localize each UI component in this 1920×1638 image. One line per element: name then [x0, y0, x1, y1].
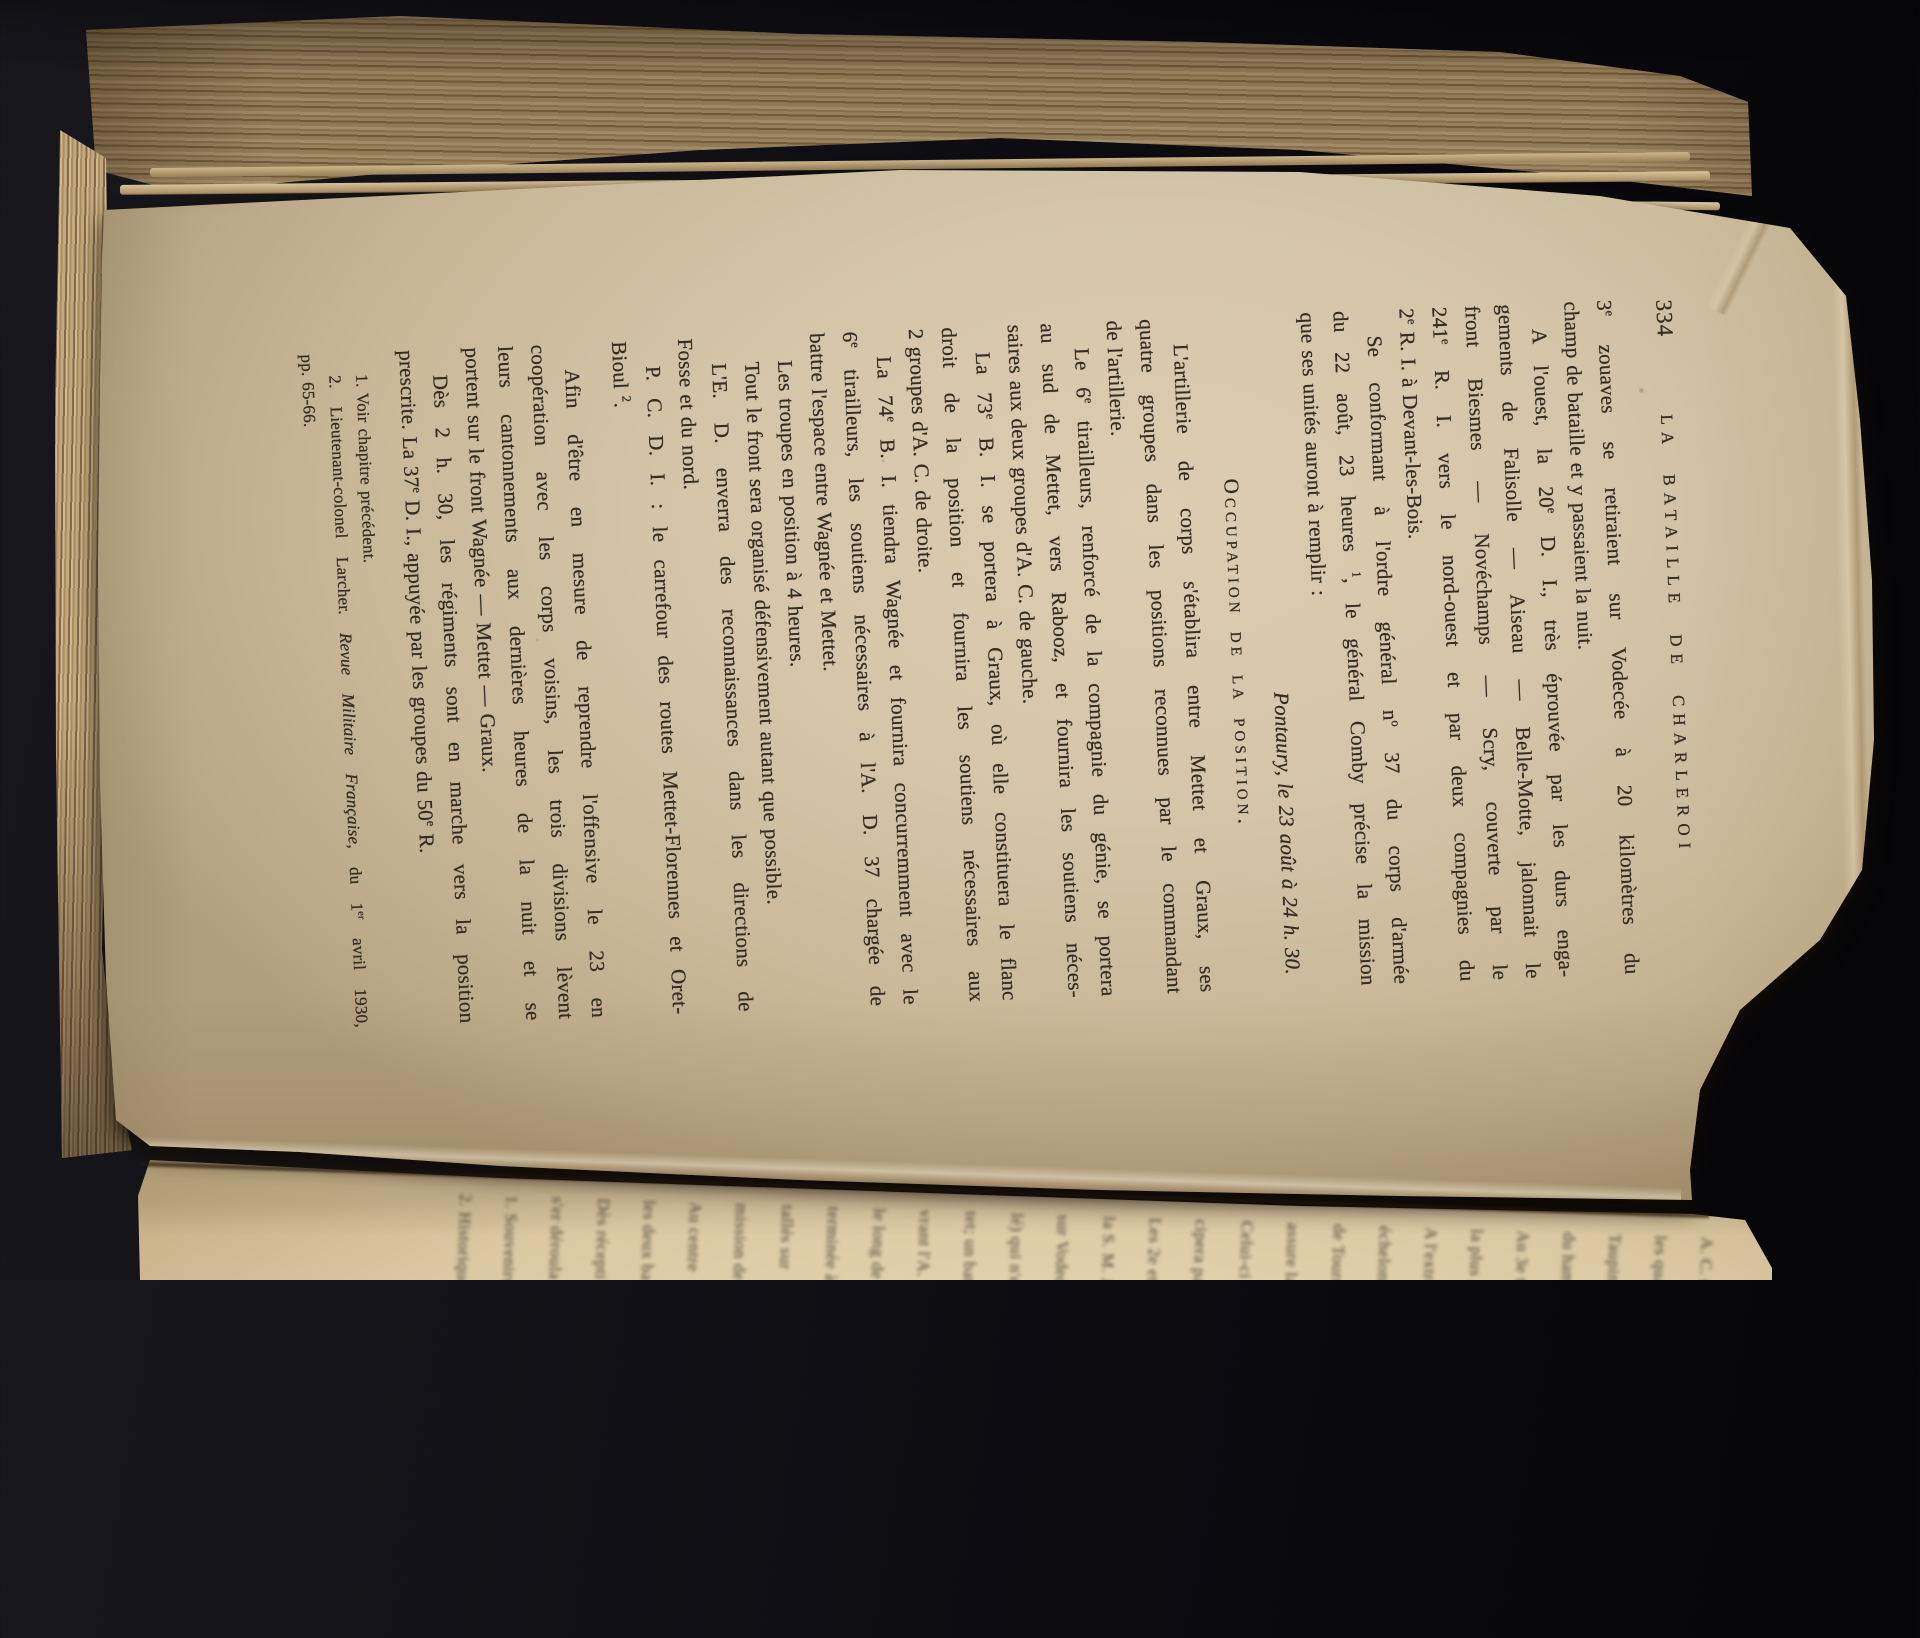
deckle-edge: [1831, 280, 1870, 920]
page-header: 334 LA BATAILLE DE CHARLEROI: [1642, 297, 1704, 973]
page-content: 334 LA BATAILLE DE CHARLEROI 3e zouaves …: [201, 284, 1729, 1046]
deckle-edge-corner: [1705, 108, 1823, 316]
book-page: 334 LA BATAILLE DE CHARLEROI 3e zouaves …: [0, 0, 1920, 1280]
book-photo: A. C. (colonelles quatre batTaupin) à ch…: [0, 0, 1920, 1280]
page-number: 334: [1650, 299, 1678, 338]
page-text-block: 334 LA BATAILLE DE CHARLEROI 3e zouaves …: [293, 284, 1729, 1042]
running-title: LA BATAILLE DE CHARLEROI: [1651, 297, 1704, 972]
page-body: 3e zouaves se retiraient sur Vodecée à 2…: [293, 299, 1648, 1029]
page-curl-highlight: [121, 1122, 1682, 1220]
page-paper: 334 LA BATAILLE DE CHARLEROI 3e zouaves …: [0, 0, 1920, 1280]
